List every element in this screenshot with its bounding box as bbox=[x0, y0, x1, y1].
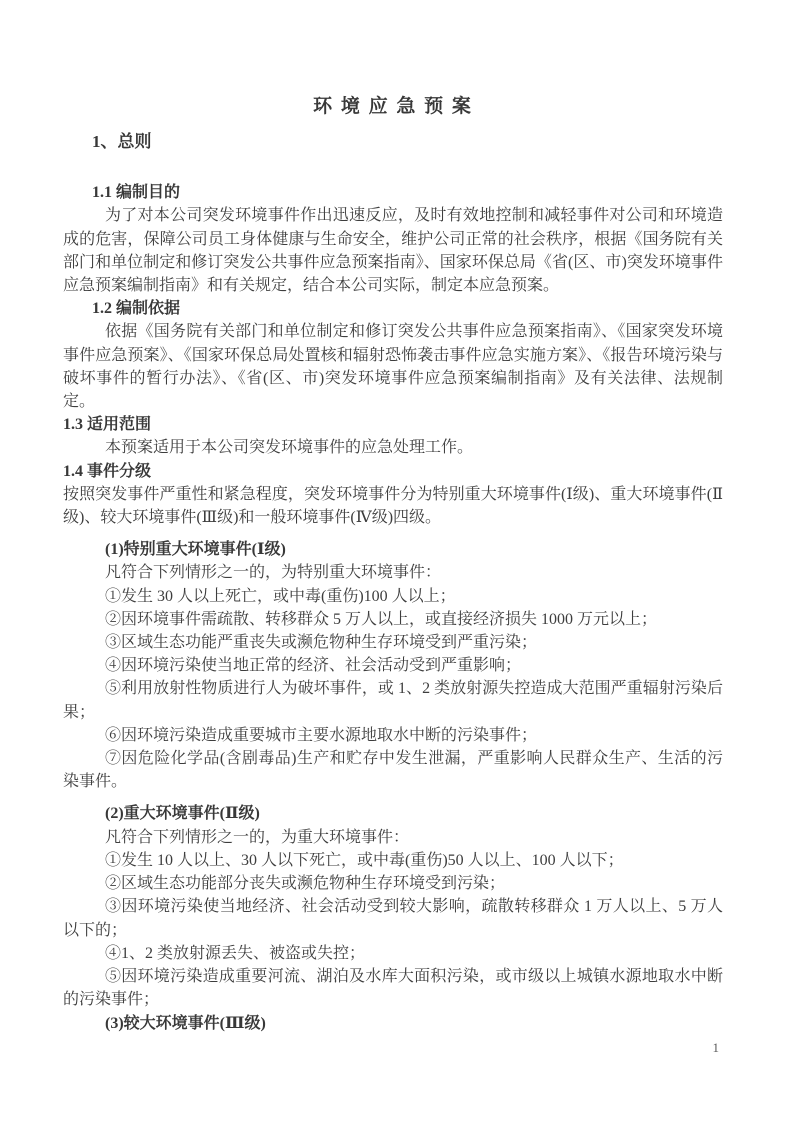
paragraph-level-1-item-5: ⑤利用放射性物质进行人为破坏事件，或 1、2 类放射源失控造成大范围严重辐射污染… bbox=[63, 677, 723, 723]
doc-title: 环 境 应 急 预 案 bbox=[63, 93, 723, 120]
paragraph-purpose: 为了对本公司突发环境事件作出迅速反应，及时有效地控制和减轻事件对公司和环境造成的… bbox=[63, 204, 723, 297]
paragraph-classification-intro: 按照突发事件严重性和紧急程度，突发环境事件分为特别重大环境事件(Ⅰ级)、重大环境… bbox=[63, 483, 723, 529]
paragraph-level-2-item-4: ④1、2 类放射源丢失、被盗或失控； bbox=[63, 942, 723, 965]
heading-1-3-scope: 1.3 适用范围 bbox=[63, 413, 723, 436]
paragraph-level-1-item-3: ③区域生态功能严重丧失或濒危物种生存环境受到严重污染； bbox=[63, 631, 723, 654]
page-number: 1 bbox=[713, 1041, 720, 1055]
paragraph-level-1-item-4: ④因环境污染使当地正常的经济、社会活动受到严重影响； bbox=[63, 654, 723, 677]
heading-1-4-classification: 1.4 事件分级 bbox=[63, 460, 723, 483]
heading-chapter-general: 1、总则 bbox=[92, 130, 723, 153]
heading-1-1-purpose: 1.1 编制目的 bbox=[92, 181, 723, 204]
heading-level-3-event: (3)较大环境事件(Ⅲ级) bbox=[105, 1012, 723, 1035]
paragraph-scope: 本预案适用于本公司突发环境事件的应急处理工作。 bbox=[63, 436, 723, 459]
paragraph-level-2-item-1: ①发生 10 人以上、30 人以下死亡，或中毒(重伤)50 人以上、100 人以… bbox=[63, 849, 723, 872]
heading-1-2-basis: 1.2 编制依据 bbox=[92, 297, 723, 320]
paragraph-level-1-item-2: ②因环境事件需疏散、转移群众 5 万人以上，或直接经济损失 1000 万元以上； bbox=[63, 608, 723, 631]
paragraph-level-1-item-7: ⑦因危险化学品(含剧毒品)生产和贮存中发生泄漏，严重影响人民群众生产、生活的污染… bbox=[63, 747, 723, 793]
paragraph-level-1-item-1: ①发生 30 人以上死亡，或中毒(重伤)100 人以上； bbox=[63, 585, 723, 608]
paragraph-level-2-item-5: ⑤因环境污染造成重要河流、湖泊及水库大面积污染，或市级以上城镇水源地取水中断的污… bbox=[63, 965, 723, 1011]
paragraph-basis: 依据《国务院有关部门和单位制定和修订突发公共事件应急预案指南》、《国家突发环境事… bbox=[63, 320, 723, 413]
heading-level-2-event: (2)重大环境事件(Ⅱ级) bbox=[105, 802, 723, 825]
heading-level-1-event: (1)特别重大环境事件(Ⅰ级) bbox=[105, 538, 723, 561]
paragraph-level-2-item-3: ③因环境污染使当地经济、社会活动受到较大影响，疏散转移群众 1 万人以上、5 万… bbox=[63, 895, 723, 941]
paragraph-level-2-intro: 凡符合下列情形之一的，为重大环境事件： bbox=[63, 826, 723, 849]
paragraph-level-1-intro: 凡符合下列情形之一的，为特别重大环境事件： bbox=[63, 561, 723, 584]
paragraph-level-1-item-6: ⑥因环境污染造成重要城市主要水源地取水中断的污染事件； bbox=[63, 724, 723, 747]
paragraph-level-2-item-2: ②区域生态功能部分丧失或濒危物种生存环境受到污染； bbox=[63, 872, 723, 895]
document-page: 环 境 应 急 预 案 1、总则 1.1 编制目的 为了对本公司突发环境事件作出… bbox=[0, 0, 793, 1122]
